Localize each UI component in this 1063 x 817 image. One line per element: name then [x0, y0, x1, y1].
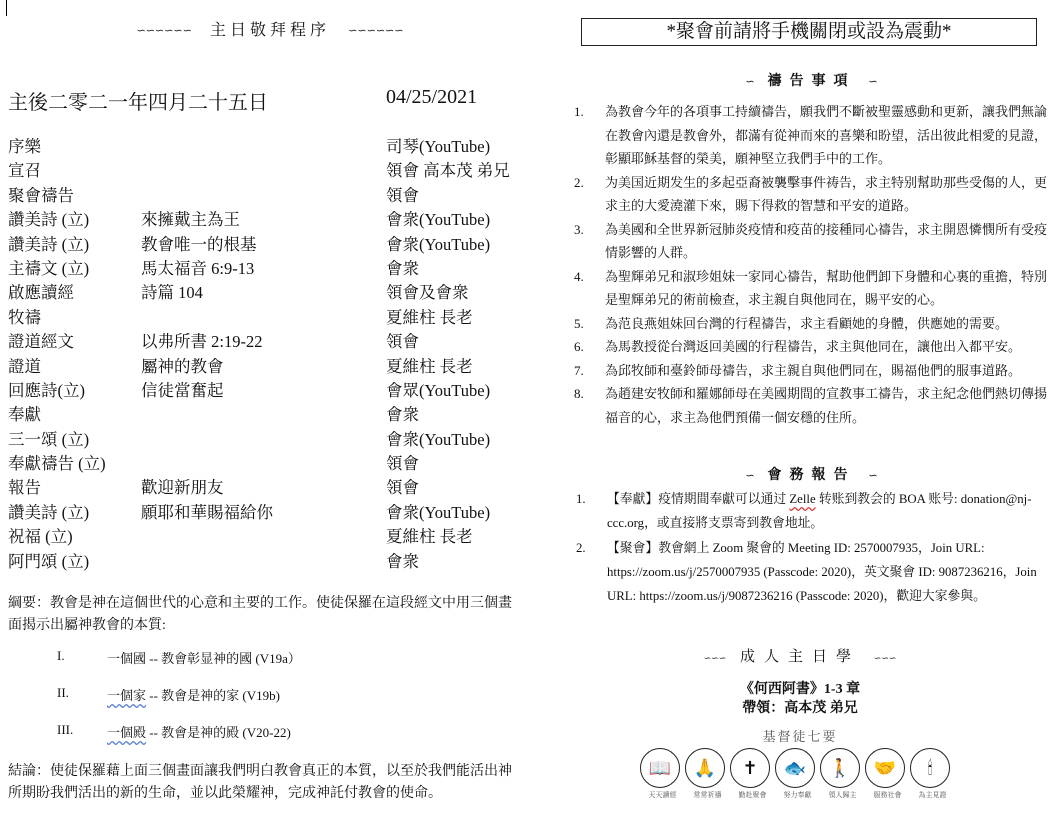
prayer-item: 4.為聖輝弟兄和淑珍姐妹一家同心禱告，幫助他們卸下身體和心裏的重擔，特別是聖輝弟…: [574, 265, 1059, 312]
affairs-text: 【聚會】教會網上 Zoom 聚會的 Meeting ID: 2570007935…: [607, 541, 1037, 604]
prayer-title-text: 禱告事項: [768, 73, 856, 89]
item-number: 6.: [574, 335, 584, 359]
study-leader: 帶領：高本茂 弟兄: [560, 697, 1040, 717]
program-title: ∽∽∽∽∽∽ 主日敬拜程序 ∽∽∽∽∽∽: [0, 17, 540, 40]
program-content: 以弗所書 2:19-22: [141, 330, 262, 354]
witness-icon: 🕯: [910, 748, 950, 788]
ornament-icon: ∽: [868, 75, 877, 88]
program-leader: 會衆: [386, 257, 419, 281]
affairs-title-text: 會務報告: [768, 467, 856, 483]
prayer-list: 1.為教會今年的各項事工持續禱告，願我們不斷被聖靈感動和更新，讓我們無論在教會內…: [574, 100, 1059, 429]
study-title-text: 成人主日學: [740, 647, 860, 665]
essential-label: 勤赴聚會: [730, 790, 775, 800]
program-list: 序樂司琴(YouTube)宣召領會 高本茂 弟兄聚會禱告領會讚美詩 (立)來擁戴…: [8, 135, 528, 574]
ornament-icon: ∽: [868, 469, 877, 482]
gathering-icon: ✝: [730, 748, 770, 788]
sunday-school-title: ∽∽∽ 成人主日學 ∽∽∽: [560, 645, 1040, 666]
item-number: 7.: [574, 359, 584, 383]
program-item: 祝福 (立): [8, 525, 73, 549]
point-text: 一個家 -- 教會是神的家 (V19b): [107, 685, 280, 704]
item-number: 2.: [574, 171, 584, 195]
program-item: 聚會禱告: [8, 184, 74, 208]
program-row: 證道屬神的教會夏維柱 長老: [8, 355, 528, 379]
program-leader: 夏維柱 長老: [386, 306, 473, 330]
program-leader: 夏維柱 長老: [386, 355, 473, 379]
essential-label: 努力奉獻: [775, 790, 820, 800]
date-english: 04/25/2021: [386, 86, 477, 109]
praying-icon: 🙏: [685, 748, 725, 788]
item-number: 1.: [576, 487, 586, 511]
essential-label: 領人歸主: [820, 790, 865, 800]
item-number: 1.: [574, 100, 584, 124]
prayer-item: 8.為趙建安牧師和羅娜師母在美國期間的宣教事工禱告，求主紀念他們熱切傳揚福音的心…: [574, 382, 1059, 429]
program-leader: 會衆(YouTube): [386, 208, 490, 232]
worship-program-page: ∽∽∽∽∽∽ 主日敬拜程序 ∽∽∽∽∽∽ 主後二零二一年四月二十五日 04/25…: [0, 0, 540, 817]
prayer-item: 1.為教會今年的各項事工持續禱告，願我們不斷被聖靈感動和更新，讓我們無論在教會內…: [574, 100, 1059, 171]
program-row: 啟應讀經詩篇 104領會及會衆: [8, 281, 528, 305]
point-rest: -- 教會是神的殿 (V20-22): [146, 725, 291, 740]
point-text: 一個殿 -- 教會是神的殿 (V20-22): [107, 722, 291, 741]
prayer-text: 為美國和全世界新冠肺炎疫情和疫苗的接種同心禱告，求主開恩憐憫所有受疫情影響的人群…: [605, 222, 1047, 261]
program-leader: 領會 高本茂 弟兄: [386, 159, 510, 183]
point-number: I.: [57, 648, 65, 664]
point-number: II.: [57, 685, 69, 701]
prayer-text: 為范良燕姐妹回台灣的行程禱告，求主看顧她的身體，供應她的需要。: [605, 316, 1008, 331]
program-item: 證道經文: [8, 330, 74, 354]
program-leader: 領會: [386, 184, 419, 208]
program-leader: 夏維柱 長老: [386, 525, 473, 549]
prayer-item: 3.為美國和全世界新冠肺炎疫情和疫苗的接種同心禱告，求主開恩憐憫所有受疫情影響的…: [574, 218, 1059, 265]
program-item: 阿門頌 (立): [8, 550, 89, 574]
program-content: 教會唯一的根基: [141, 233, 257, 257]
point-head: 一個家: [107, 688, 146, 703]
study-book: 《何西阿書》1-3 章: [560, 678, 1040, 698]
program-leader: 領會及會衆: [386, 281, 469, 305]
prayer-text: 為趙建安牧師和羅娜師母在美國期間的宣教事工禱告，求主紀念他們熱切傳揚福音的心，求…: [605, 386, 1047, 425]
ornament-icon: ∽∽∽: [704, 654, 727, 664]
essential-label: 為主見證: [910, 790, 955, 800]
affairs-text: 【奉獻】疫情期間奉獻可以通过: [607, 492, 789, 506]
program-item: 讚美詩 (立): [8, 501, 89, 525]
program-item: 奉獻: [8, 403, 41, 427]
sermon-conclusion: 結論：使徒保羅藉上面三個畫面讓我們明白教會真正的本質，以至於我們能活出神所期盼我…: [8, 761, 523, 805]
program-leader: 會衆(YouTube): [386, 501, 490, 525]
prayer-section-title: ∽ 禱告事項 ∽: [560, 70, 1063, 90]
prayer-text: 为美国近期发生的多起亞裔被襲擊事件祷告，求主特别幫助那些受傷的人，更求主的大愛澆…: [605, 175, 1047, 214]
ornament-icon: ∽: [745, 75, 754, 88]
essential-label: 天天讀經: [640, 790, 685, 800]
program-item: 牧禱: [8, 306, 41, 330]
program-row: 回應詩(立)信徒當奮起會眾(YouTube): [8, 379, 528, 403]
program-content: 信徒當奮起: [141, 379, 224, 403]
evangelism-icon: 🚶: [820, 748, 860, 788]
program-row: 奉獻會衆: [8, 403, 528, 427]
prayer-item: 7.為邱牧師和臺鈴師母禱告，求主親自與他們同在，賜福他們的服事道路。: [574, 359, 1059, 383]
seven-essentials-icons: 📖🙏✝🐟🚶🤝🕯: [640, 748, 960, 788]
program-leader: 會衆: [386, 550, 419, 574]
program-leader: 領會: [386, 476, 419, 500]
program-leader: 會衆: [386, 403, 419, 427]
point-rest: -- 教會是神的家 (V19b): [146, 688, 280, 703]
ornament-icon: ∽∽∽: [874, 654, 897, 664]
point-head: 一個國: [107, 651, 146, 666]
point-rest: -- 教會彰显神的國 (V19a）: [146, 651, 301, 666]
prayer-text: 為聖輝弟兄和淑珍姐妹一家同心禱告，幫助他們卸下身體和心裏的重擔，特別是聖輝弟兄的…: [605, 269, 1047, 308]
program-leader: 會衆(YouTube): [386, 428, 490, 452]
ornament-icon: ∽: [745, 469, 754, 482]
seven-essentials-title: 基督徒七要: [560, 726, 1040, 745]
program-content: 馬太福音 6:9-13: [141, 257, 254, 281]
program-row: 證道經文以弗所書 2:19-22領會: [8, 330, 528, 354]
program-row: 三一頌 (立)會衆(YouTube): [8, 428, 528, 452]
program-item: 讚美詩 (立): [8, 233, 89, 257]
date-chinese: 主後二零二一年四月二十五日: [8, 86, 268, 115]
program-row: 讚美詩 (立)教會唯一的根基會衆(YouTube): [8, 233, 528, 257]
prayer-item: 6.為馬教授從台灣返回美國的行程禱告，求主與他同在，讓他出入都平安。: [574, 335, 1059, 359]
program-row: 序樂司琴(YouTube): [8, 135, 528, 159]
affairs-item: 2. 【聚會】教會網上 Zoom 聚會的 Meeting ID: 2570007…: [576, 536, 1061, 609]
program-content: 詩篇 104: [141, 281, 203, 305]
program-title-text: 主日敬拜程序: [210, 20, 330, 39]
offering-icon: 🐟: [775, 748, 815, 788]
ornament-icon: ∽∽∽∽∽∽: [348, 24, 403, 37]
program-item: 三一頌 (立): [8, 428, 89, 452]
item-number: 5.: [574, 312, 584, 336]
program-row: 讚美詩 (立)願耶和華賜福給你會衆(YouTube): [8, 501, 528, 525]
point-text: 一個國 -- 教會彰显神的國 (V19a）: [107, 648, 301, 667]
program-item: 回應詩(立): [8, 379, 85, 403]
program-row: 祝福 (立)夏維柱 長老: [8, 525, 528, 549]
service-icon: 🤝: [865, 748, 905, 788]
zelle-text: Zelle: [789, 492, 815, 506]
reading-icon: 📖: [640, 748, 680, 788]
prayer-text: 為邱牧師和臺鈴師母禱告，求主親自與他們同在，賜福他們的服事道路。: [605, 363, 1021, 378]
item-number: 4.: [574, 265, 584, 289]
program-item: 奉獻禱告 (立): [8, 452, 106, 476]
program-content: 歡迎新朋友: [141, 476, 224, 500]
affairs-item: 1. 【奉獻】疫情期間奉獻可以通过 Zelle 转账到教会的 BOA 账号: d…: [576, 487, 1061, 536]
point-head: 一個殿: [107, 725, 146, 740]
program-content: 屬神的教會: [141, 355, 224, 379]
program-content: 來擁戴主為王: [141, 208, 240, 232]
announcements-page: *聚會前請將手機關閉或設為震動* ∽ 禱告事項 ∽ 1.為教會今年的各項事工持續…: [560, 0, 1063, 817]
program-item: 宣召: [8, 159, 41, 183]
essential-label: 常常祈禱: [685, 790, 730, 800]
ornament-icon: ∽∽∽∽∽∽: [137, 24, 192, 37]
program-leader: 司琴(YouTube): [386, 135, 490, 159]
program-row: 聚會禱告領會: [8, 184, 528, 208]
prayer-item: 5.為范良燕姐妹回台灣的行程禱告，求主看顧她的身體，供應她的需要。: [574, 312, 1059, 336]
program-row: 讚美詩 (立)來擁戴主為王會衆(YouTube): [8, 208, 528, 232]
program-item: 主禱文 (立): [8, 257, 89, 281]
program-item: 報告: [8, 476, 41, 500]
point-number: III.: [57, 722, 73, 738]
program-content: 願耶和華賜福給你: [141, 501, 273, 525]
phone-notice-box: *聚會前請將手機關閉或設為震動*: [581, 18, 1037, 46]
program-row: 報告歡迎新朋友領會: [8, 476, 528, 500]
program-row: 阿門頌 (立)會衆: [8, 550, 528, 574]
program-item: 啟應讀經: [8, 281, 74, 305]
essential-label: 服務社會: [865, 790, 910, 800]
program-row: 牧禱夏維柱 長老: [8, 306, 528, 330]
program-leader: 會衆(YouTube): [386, 233, 490, 257]
program-row: 宣召領會 高本茂 弟兄: [8, 159, 528, 183]
item-number: 8.: [574, 382, 584, 406]
program-leader: 會眾(YouTube): [386, 379, 490, 403]
seven-essentials-labels: 天天讀經常常祈禱勤赴聚會努力奉獻領人歸主服務社會為主見證: [640, 790, 970, 800]
program-leader: 領會: [386, 452, 419, 476]
item-number: 3.: [574, 218, 584, 242]
program-item: 證道: [8, 355, 41, 379]
sermon-outline: 綱要：教會是神在這個世代的心意和主要的工作。使徒保羅在這段經文中用三個畫面揭示出…: [8, 593, 523, 637]
program-row: 主禱文 (立)馬太福音 6:9-13會衆: [8, 257, 528, 281]
prayer-item: 2.为美国近期发生的多起亞裔被襲擊事件祷告，求主特别幫助那些受傷的人，更求主的大…: [574, 171, 1059, 218]
affairs-list: 1. 【奉獻】疫情期間奉獻可以通过 Zelle 转账到教会的 BOA 账号: d…: [576, 487, 1061, 608]
item-number: 2.: [576, 536, 586, 560]
prayer-text: 為教會今年的各項事工持續禱告，願我們不斷被聖靈感動和更新，讓我們無論在教會內還是…: [605, 104, 1047, 166]
program-row: 奉獻禱告 (立)領會: [8, 452, 528, 476]
prayer-text: 為馬教授從台灣返回美國的行程禱告，求主與他同在，讓他出入都平安。: [605, 339, 1021, 354]
program-leader: 領會: [386, 330, 419, 354]
program-item: 讚美詩 (立): [8, 208, 89, 232]
program-item: 序樂: [8, 135, 41, 159]
affairs-section-title: ∽ 會務報告 ∽: [560, 464, 1063, 484]
